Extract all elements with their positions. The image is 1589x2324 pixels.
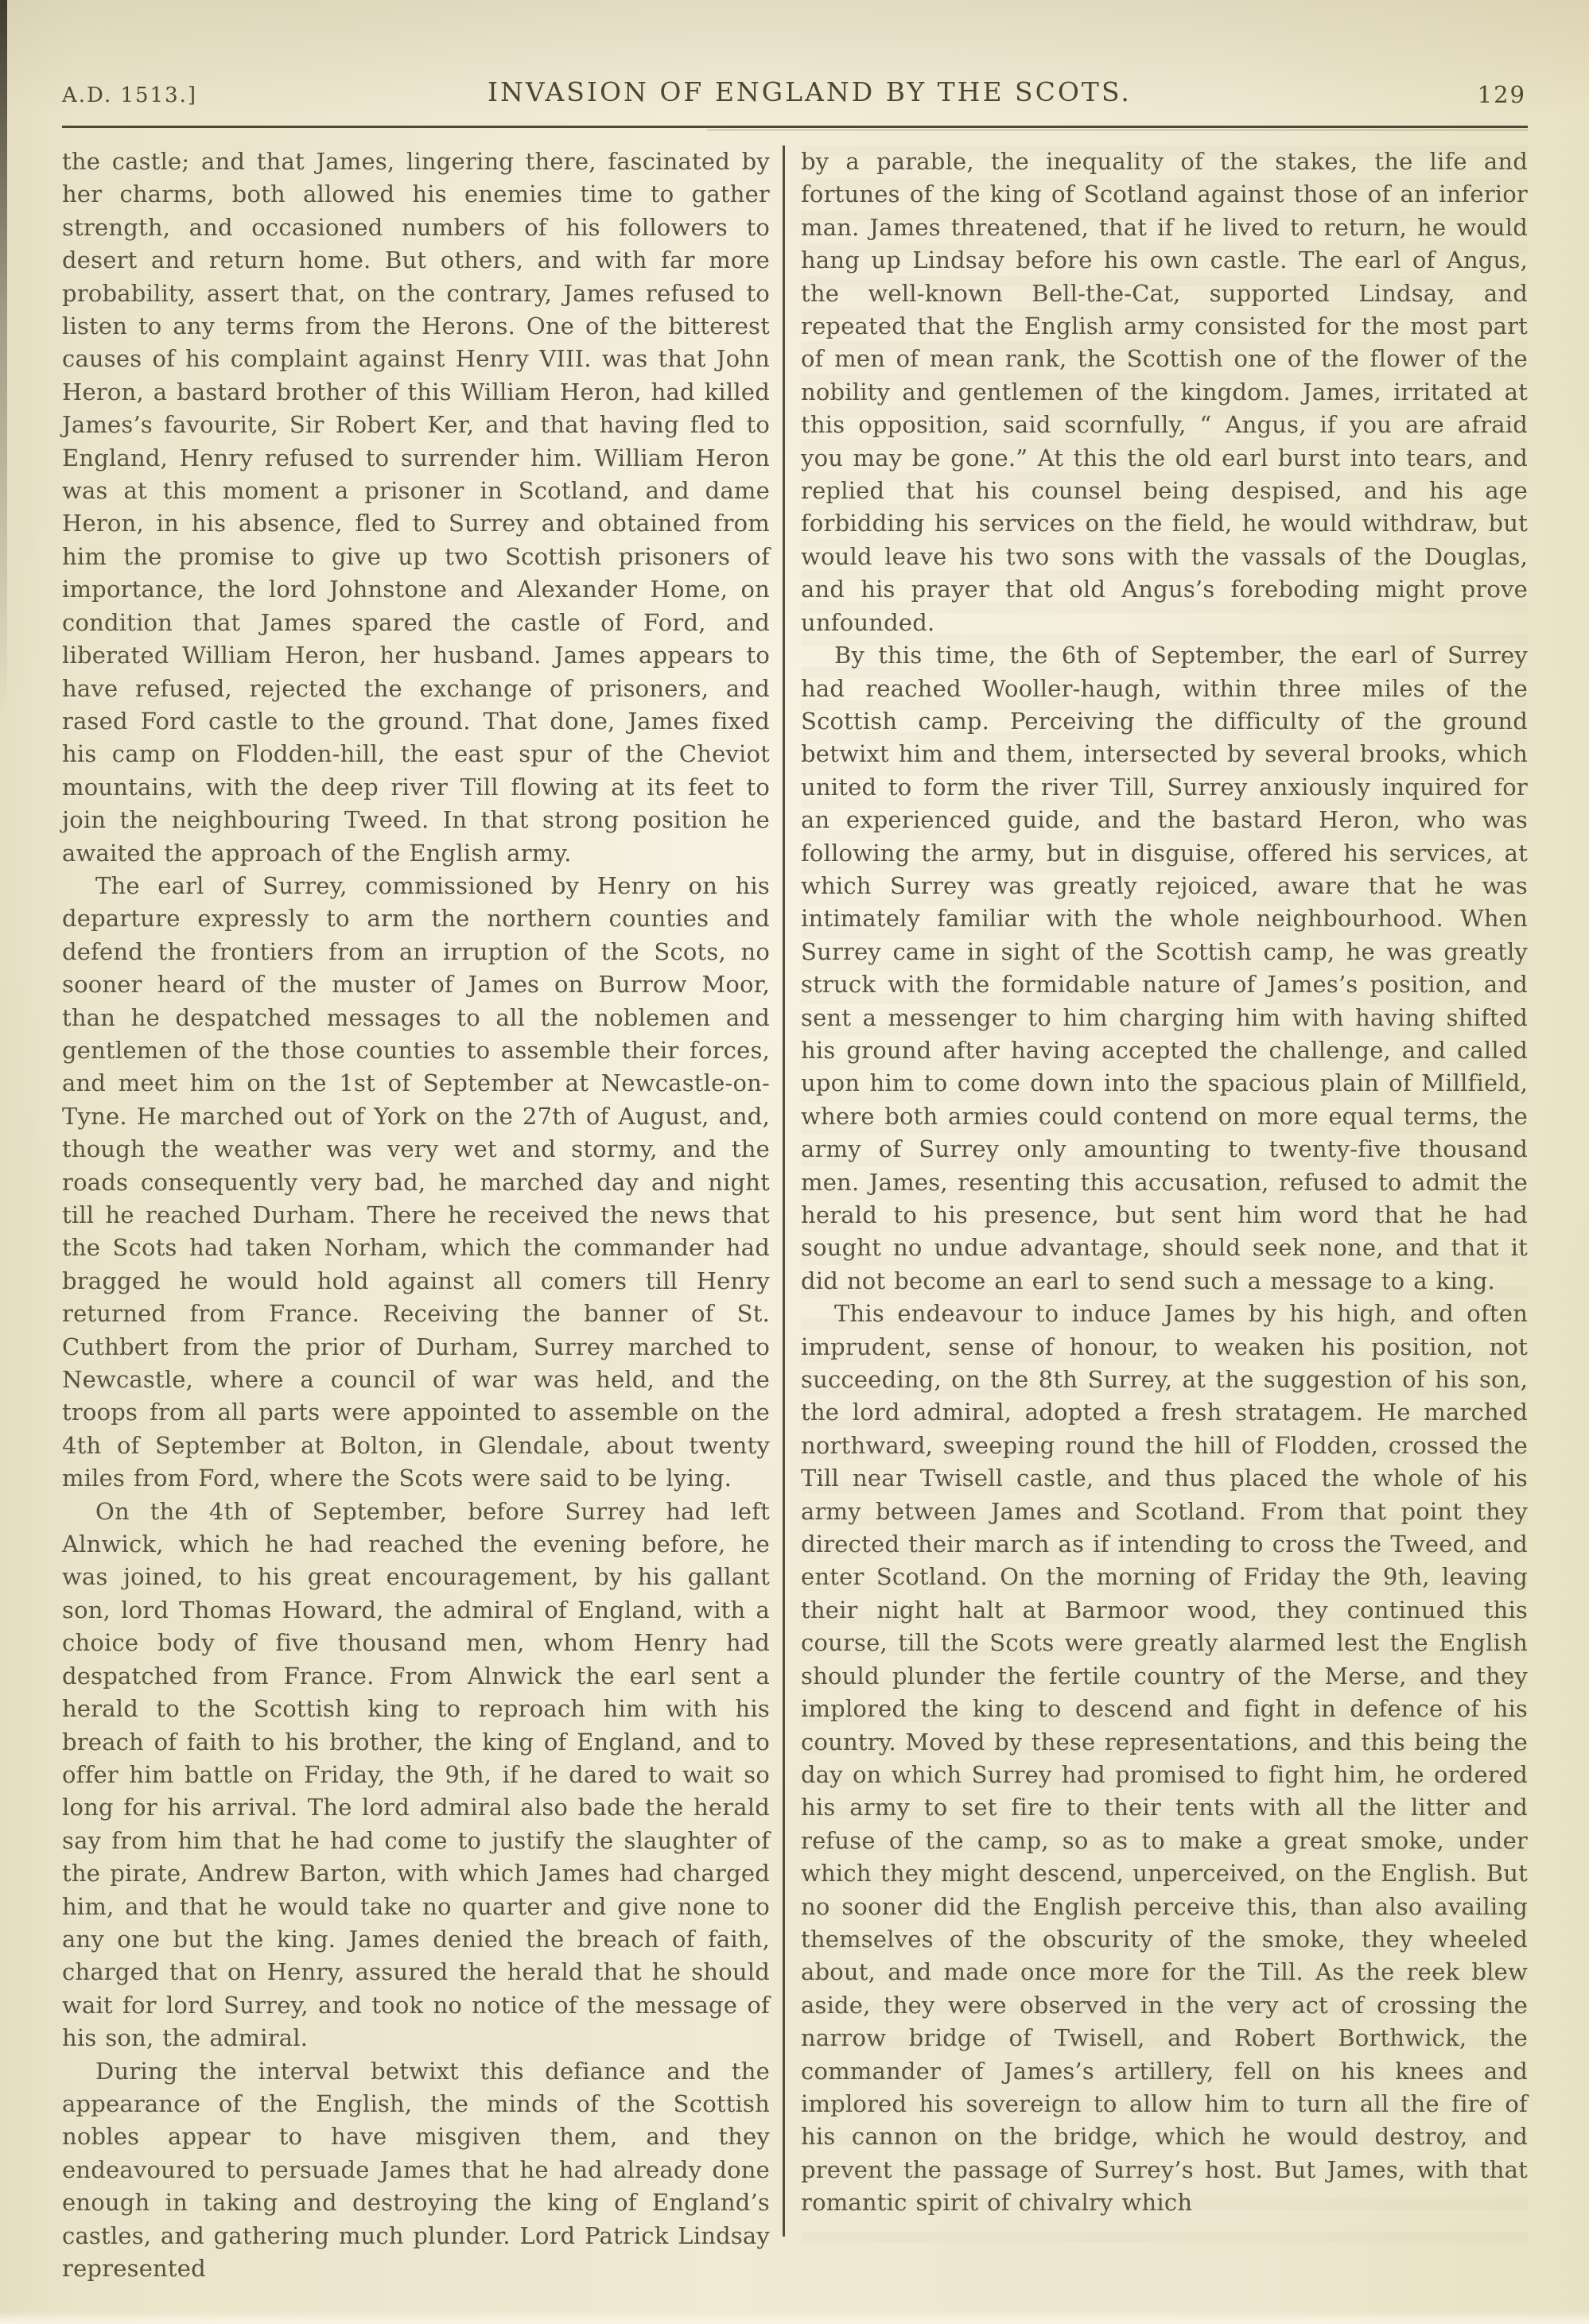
paragraph: By this time, the 6th of September, the … xyxy=(801,639,1528,1298)
paragraph: by a parable, the inequality of the stak… xyxy=(801,145,1528,639)
column-divider-rule xyxy=(783,145,785,2237)
paragraph: This endeavour to induce James by his hi… xyxy=(801,1298,1528,2219)
right-column: by a parable, the inequality of the stak… xyxy=(801,145,1528,2244)
header-rule xyxy=(62,126,1528,128)
page-header: A.D. 1513.] INVASION OF ENGLAND BY THE S… xyxy=(62,76,1528,121)
paragraph: On the 4th of September, before Surrey h… xyxy=(62,1496,770,2055)
paragraph: During the interval betwixt this defianc… xyxy=(62,2055,770,2286)
paragraph: The earl of Surrey, commissioned by Henr… xyxy=(62,870,770,1496)
page-number: 129 xyxy=(1478,81,1526,108)
left-column: the castle; and that James, lingering th… xyxy=(62,145,770,2244)
book-page: A.D. 1513.] INVASION OF ENGLAND BY THE S… xyxy=(0,0,1589,2324)
paragraph: the castle; and that James, lingering th… xyxy=(62,145,770,870)
running-title: INVASION OF ENGLAND BY THE SCOTS. xyxy=(488,76,1132,107)
page-gutter-shadow xyxy=(0,0,7,795)
text-columns: the castle; and that James, lingering th… xyxy=(62,145,1528,2244)
page-bottom-edge xyxy=(0,2311,1589,2324)
header-date-label: A.D. 1513.] xyxy=(62,83,197,107)
